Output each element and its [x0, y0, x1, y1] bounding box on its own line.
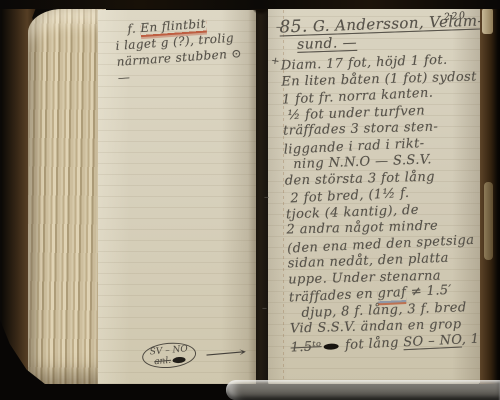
note-prefix: f.	[127, 21, 137, 36]
grave-post: ≠ 1.5′	[406, 283, 452, 300]
arrow-to-text: ⟶	[204, 344, 247, 364]
double-underlined-word: graf	[377, 285, 406, 301]
oval-outline: SV – NO anl.	[141, 341, 197, 371]
struck-word-text: anl.	[154, 356, 172, 367]
margin-mark: –	[276, 22, 281, 33]
right-page-notes: 85. G. Andersson, Velam- sund. — Diam. 1…	[279, 12, 487, 356]
ink-blot	[172, 356, 185, 363]
entry-name-cont: sund. —	[297, 35, 357, 53]
notebook-photo: f. En flintbit i laget g (?), trolig när…	[0, 0, 500, 400]
clasp-strap	[484, 182, 493, 260]
entry-body: Diam. 17 fot, höjd 1 fot. En liten båten…	[281, 52, 487, 356]
left-page-notes: f. En flintbit i laget g (?), trolig när…	[114, 12, 258, 86]
oval-annotation: SV – NO anl. ⟶	[141, 335, 263, 370]
glass-weight-bar	[226, 380, 500, 400]
left-page: f. En flintbit i laget g (?), trolig när…	[98, 10, 256, 388]
grave-pre: träffades en	[289, 286, 378, 305]
ink-blot	[323, 342, 338, 349]
underlined-direction: SO – NO	[403, 332, 462, 350]
margin-mark: –	[264, 192, 269, 203]
entry-number: 85.	[279, 17, 308, 38]
clasp-tab	[482, 8, 493, 34]
page-stack-edges	[28, 9, 106, 389]
margin-mark: –	[262, 303, 267, 314]
right-page: 220 85. G. Andersson, Velam- sund. — Dia…	[268, 6, 482, 386]
last-pre: fot lång	[340, 335, 404, 353]
background-top	[0, 0, 500, 9]
struck-word: anl.	[150, 354, 189, 367]
margin-mark: +	[270, 55, 281, 67]
struck-measure: 1.5ᵗᵒ	[290, 339, 322, 355]
